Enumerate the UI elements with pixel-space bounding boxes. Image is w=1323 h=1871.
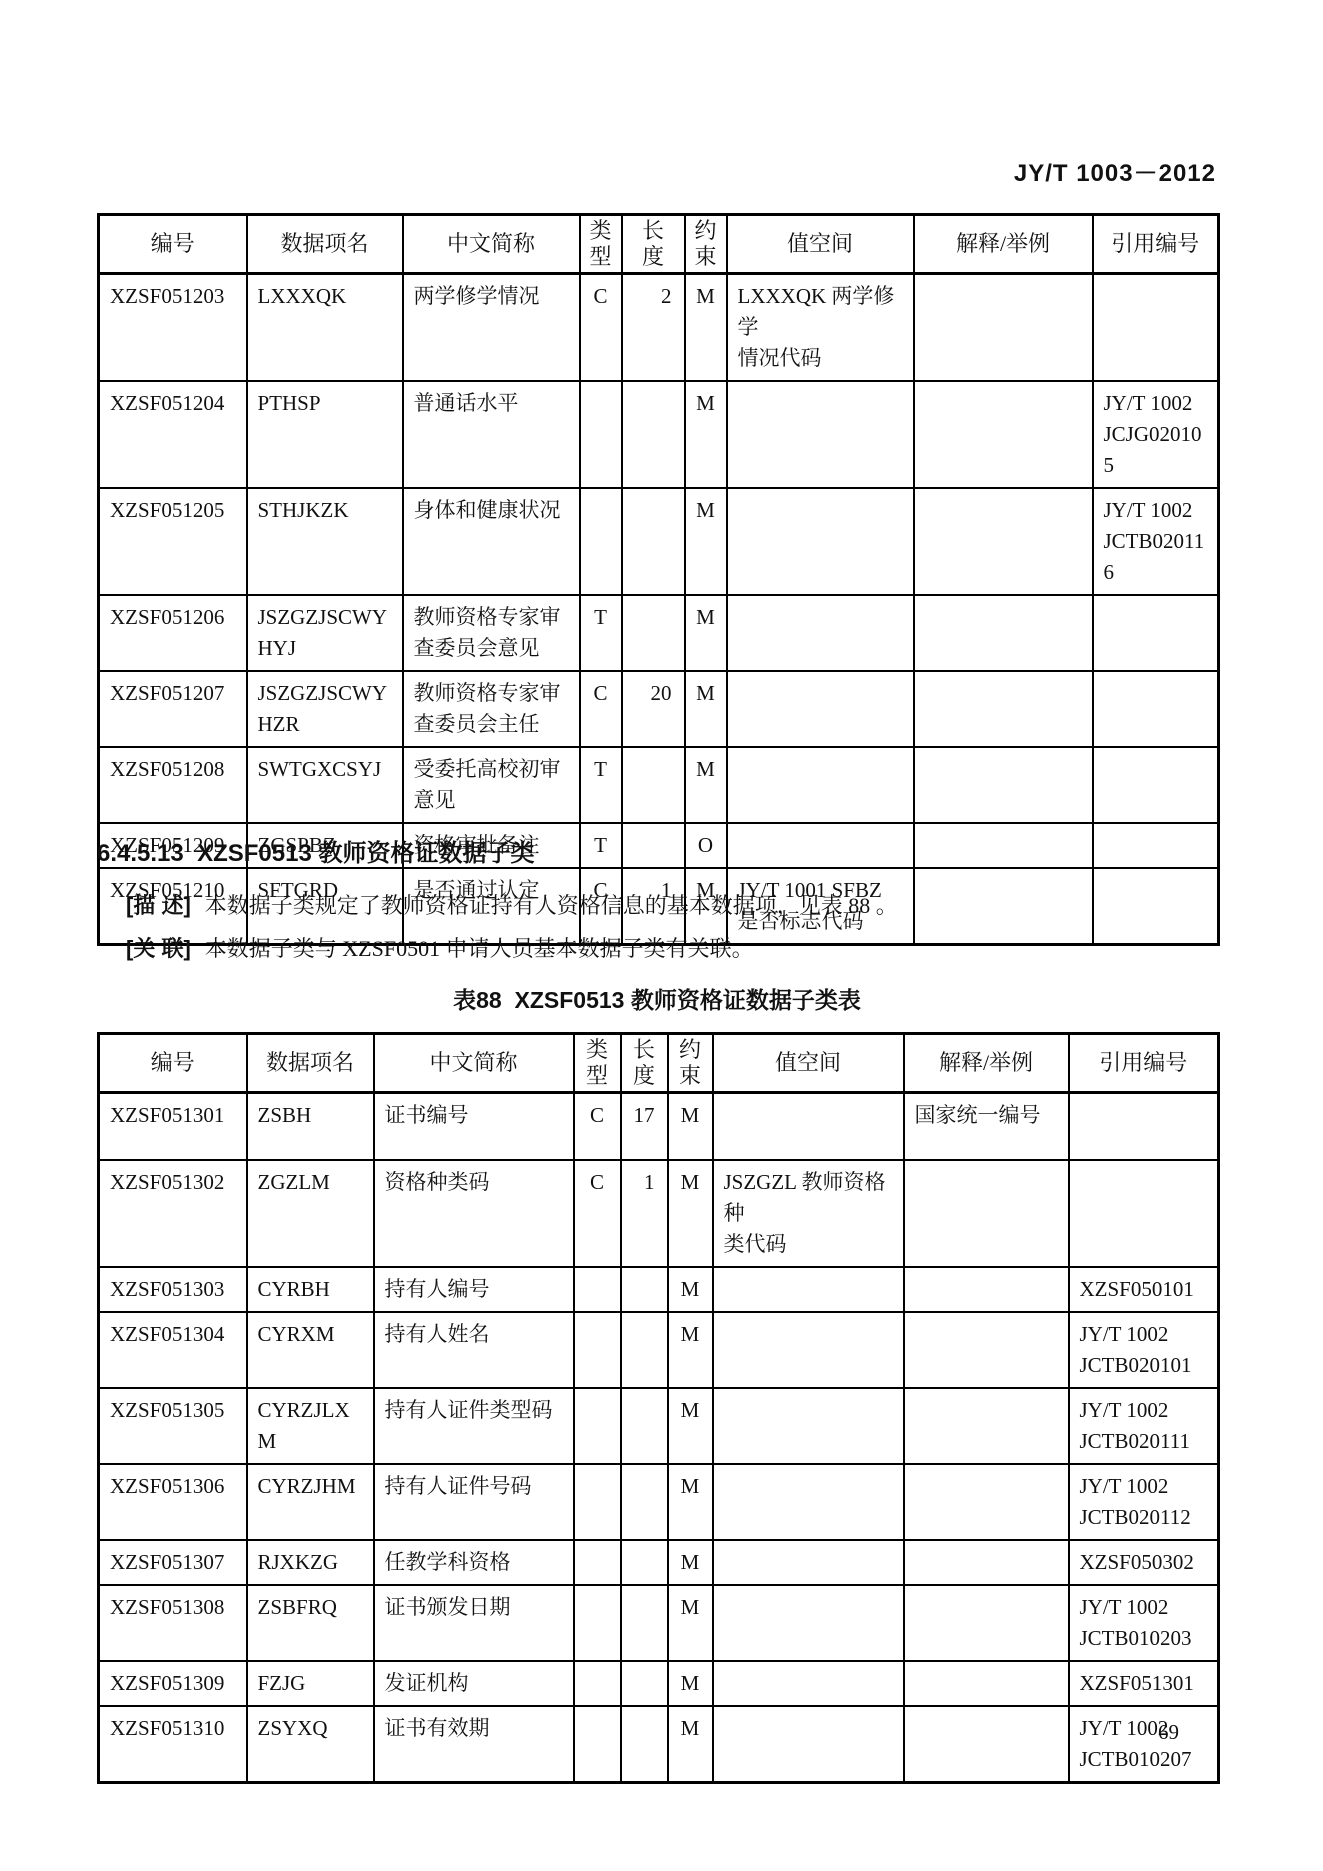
cell-cn: 持有人证件号码 [374,1464,574,1540]
col-header-example: 解释/举例 [904,1034,1069,1093]
cell-constraint: M [685,381,727,488]
col-header-length: 长 度 [621,1034,668,1093]
cell-ref: XZSF050302 [1069,1540,1219,1585]
cell-cn: 持有人证件类型码 [374,1388,574,1464]
cell-name: LXXXQK [247,274,403,382]
relation-text: 本数据子类与 XZSF0501 申请人员基本数据子类有关联。 [205,936,754,961]
cell-cn: 证书有效期 [374,1706,574,1783]
cell-len: 17 [621,1093,668,1160]
cell-ref [1069,1160,1219,1267]
col-header-constraint: 约 束 [685,215,727,274]
cell-len [621,1585,668,1661]
cell-value_space [713,1540,904,1585]
col-header-example: 解释/举例 [914,215,1093,274]
cell-id: XZSF051206 [99,595,247,671]
cell-id: XZSF051205 [99,488,247,595]
doc-code-header: JY/T 1003－2012 [97,153,1216,188]
cell-type [580,488,622,595]
cell-name: RJXKZG [247,1540,374,1585]
page-number: 69 [1158,1720,1179,1745]
col-header-value-space: 值空间 [727,215,914,274]
cell-value_space [727,488,914,595]
cell-ref: JY/T 1002 JCTB020101 [1069,1312,1219,1388]
cell-constraint: M [668,1706,713,1783]
col-header-type: 类 型 [574,1034,621,1093]
cell-name: JSZGZJSCWYHYJ [247,595,403,671]
cell-len [621,1661,668,1706]
cell-constraint: M [685,747,727,823]
cell-example: 国家统一编号 [904,1093,1069,1160]
cell-len: 1 [621,1160,668,1267]
table-header-row: 编号 数据项名 中文简称 类 型 长 度 约 束 值空间 解释/举例 引用编号 [99,1034,1219,1093]
table-row: XZSF051204PTHSP普通话水平MJY/T 1002 JCJG02010… [99,381,1219,488]
cell-constraint: M [668,1312,713,1388]
cell-cn: 证书颁发日期 [374,1585,574,1661]
cell-constraint: M [685,671,727,747]
cell-example [914,671,1093,747]
table-row: XZSF051305CYRZJLXM持有人证件类型码MJY/T 1002 JCT… [99,1388,1219,1464]
cell-len [621,1267,668,1312]
cell-example [914,595,1093,671]
cell-type: T [580,595,622,671]
cell-len [621,1464,668,1540]
cell-len: 20 [622,671,685,747]
cell-cn: 两学修学情况 [403,274,580,382]
cell-value_space [713,1312,904,1388]
cell-name: PTHSP [247,381,403,488]
cell-name: ZSBFRQ [247,1585,374,1661]
cell-type: T [580,823,622,868]
cell-ref: JY/T 1002 JCJG020105 [1093,381,1219,488]
table-88-caption: 表88 XZSF0513 教师资格证数据子类表 [97,982,1217,1015]
cell-name: FZJG [247,1661,374,1706]
cell-len [622,381,685,488]
cell-name: ZGZLM [247,1160,374,1267]
cell-id: XZSF051208 [99,747,247,823]
cell-name: CYRBH [247,1267,374,1312]
cell-cn: 身体和健康状况 [403,488,580,595]
cell-value_space [727,747,914,823]
cell-value_space [713,1464,904,1540]
cell-value_space [727,671,914,747]
cell-constraint: M [668,1160,713,1267]
cell-cn: 受委托高校初审 意见 [403,747,580,823]
cell-value_space [727,823,914,868]
cell-cn: 教师资格专家审 查委员会意见 [403,595,580,671]
cell-cn: 任教学科资格 [374,1540,574,1585]
col-header-length: 长 度 [622,215,685,274]
cell-ref: JY/T 1002 JCTB020116 [1093,488,1219,595]
cell-id: XZSF051308 [99,1585,247,1661]
cell-id: XZSF051304 [99,1312,247,1388]
cell-len [622,823,685,868]
cell-name: CYRXM [247,1312,374,1388]
table-row: XZSF051310ZSYXQ证书有效期MJY/T 1002 JCTB01020… [99,1706,1219,1783]
cell-name: CYRZJLXM [247,1388,374,1464]
cell-id: XZSF051301 [99,1093,247,1160]
col-header-id: 编号 [99,215,247,274]
cell-ref: XZSF050101 [1069,1267,1219,1312]
cell-len [621,1540,668,1585]
col-header-id: 编号 [99,1034,247,1093]
table-row: XZSF051307RJXKZG任教学科资格MXZSF050302 [99,1540,1219,1585]
cell-name: ZSYXQ [247,1706,374,1783]
cell-value_space [727,595,914,671]
cell-constraint: M [685,274,727,382]
table-row: XZSF051303CYRBH持有人编号MXZSF050101 [99,1267,1219,1312]
cell-type: C [580,274,622,382]
cell-ref: JY/T 1002 JCTB020112 [1069,1464,1219,1540]
cell-type [580,381,622,488]
cell-example [914,381,1093,488]
cell-name: JSZGZJSCWYHZR [247,671,403,747]
cell-example [904,1540,1069,1585]
cell-example [904,1661,1069,1706]
cell-value_space [713,1093,904,1160]
table-row: XZSF051206JSZGZJSCWYHYJ教师资格专家审 查委员会意见TM [99,595,1219,671]
cell-id: XZSF051207 [99,671,247,747]
cell-ref [1069,1093,1219,1160]
cell-type [574,1540,621,1585]
col-header-cn-abbrev: 中文简称 [374,1034,574,1093]
cell-cn: 持有人姓名 [374,1312,574,1388]
table-row: XZSF051304CYRXM持有人姓名MJY/T 1002 JCTB02010… [99,1312,1219,1388]
cell-name: STHJKZK [247,488,403,595]
cell-len [621,1706,668,1783]
table-row: XZSF051301ZSBH证书编号C17M国家统一编号 [99,1093,1219,1160]
cell-type: T [580,747,622,823]
col-header-item-name: 数据项名 [247,215,403,274]
cell-len [622,488,685,595]
cell-ref [1093,747,1219,823]
cell-ref [1093,868,1219,945]
cell-id: XZSF051306 [99,1464,247,1540]
cell-cn: 教师资格专家审 查委员会主任 [403,671,580,747]
cell-example [904,1706,1069,1783]
cell-value_space [713,1661,904,1706]
table-row: XZSF051203LXXXQK两学修学情况C2MLXXXQK 两学修学 情况代… [99,274,1219,382]
cell-cn: 持有人编号 [374,1267,574,1312]
cell-type [574,1585,621,1661]
cell-type: C [574,1160,621,1267]
col-header-cn-abbrev: 中文简称 [403,215,580,274]
cell-name: SWTGXCSYJ [247,747,403,823]
cell-type: C [580,671,622,747]
cell-constraint: M [668,1388,713,1464]
cell-value_space [727,381,914,488]
cell-cn: 发证机构 [374,1661,574,1706]
cell-value_space: JSZGZL 教师资格种 类代码 [713,1160,904,1267]
document-page: JY/T 1003－2012 编号 数据项名 中文简称 类 型 长 度 约 束 … [0,0,1323,1871]
cell-ref [1093,671,1219,747]
cell-id: XZSF051310 [99,1706,247,1783]
cell-id: XZSF051309 [99,1661,247,1706]
cell-example [914,868,1093,945]
cell-constraint: M [668,1464,713,1540]
cell-value_space [713,1267,904,1312]
cell-ref [1093,595,1219,671]
cell-ref: XZSF051301 [1069,1661,1219,1706]
col-header-item-name: 数据项名 [247,1034,374,1093]
cell-value_space [713,1706,904,1783]
cell-len [621,1312,668,1388]
data-table-88-xzsf0513: 编号 数据项名 中文简称 类 型 长 度 约 束 值空间 解释/举例 引用编号 … [97,1032,1220,1784]
cell-name: CYRZJHM [247,1464,374,1540]
relation-label: [关 联] [126,936,191,961]
cell-id: XZSF051302 [99,1160,247,1267]
relation-paragraph: [关 联]本数据子类与 XZSF0501 申请人员基本数据子类有关联。 [126,932,754,963]
cell-example [904,1267,1069,1312]
cell-value_space [713,1388,904,1464]
cell-example [914,488,1093,595]
cell-id: XZSF051203 [99,274,247,382]
col-header-value-space: 值空间 [713,1034,904,1093]
cell-constraint: O [685,823,727,868]
cell-constraint: M [668,1540,713,1585]
cell-example [904,1160,1069,1267]
table-row: XZSF051205STHJKZK身体和健康状况MJY/T 1002 JCTB0… [99,488,1219,595]
cell-ref [1093,274,1219,382]
cell-example [914,747,1093,823]
cell-cn: 普通话水平 [403,381,580,488]
cell-example [914,823,1093,868]
cell-ref: JY/T 1002 JCTB010207 [1069,1706,1219,1783]
description-text: 本数据子类规定了教师资格证持有人资格信息的基本数据项，见表 88 。 [205,893,898,918]
cell-ref [1093,823,1219,868]
description-label: [描 述] [126,893,191,918]
cell-example [904,1388,1069,1464]
cell-example [904,1464,1069,1540]
cell-cn: 资格种类码 [374,1160,574,1267]
cell-example [914,274,1093,382]
cell-example [904,1312,1069,1388]
cell-len [622,747,685,823]
cell-constraint: M [668,1661,713,1706]
cell-ref: JY/T 1002 JCTB020111 [1069,1388,1219,1464]
description-paragraph: [描 述]本数据子类规定了教师资格证持有人资格信息的基本数据项，见表 88 。 [126,889,898,920]
cell-type [574,1706,621,1783]
col-header-type: 类 型 [580,215,622,274]
cell-type [574,1388,621,1464]
cell-cn: 证书编号 [374,1093,574,1160]
cell-len: 2 [622,274,685,382]
cell-type: C [574,1093,621,1160]
cell-id: XZSF051305 [99,1388,247,1464]
cell-type [574,1464,621,1540]
table-row: XZSF051308ZSBFRQ证书颁发日期MJY/T 1002 JCTB010… [99,1585,1219,1661]
cell-constraint: M [668,1093,713,1160]
cell-example [904,1585,1069,1661]
cell-type [574,1267,621,1312]
cell-type [574,1661,621,1706]
table-body: XZSF051301ZSBH证书编号C17M国家统一编号XZSF051302ZG… [99,1093,1219,1783]
col-header-reference: 引用编号 [1069,1034,1219,1093]
table-row: XZSF051207JSZGZJSCWYHZR教师资格专家审 查委员会主任C20… [99,671,1219,747]
table-header-row: 编号 数据项名 中文简称 类 型 长 度 约 束 值空间 解释/举例 引用编号 [99,215,1219,274]
cell-id: XZSF051204 [99,381,247,488]
cell-ref: JY/T 1002 JCTB010203 [1069,1585,1219,1661]
col-header-constraint: 约 束 [668,1034,713,1093]
col-header-reference: 引用编号 [1093,215,1219,274]
cell-len [622,595,685,671]
table-row: XZSF051309FZJG发证机构MXZSF051301 [99,1661,1219,1706]
cell-id: XZSF051303 [99,1267,247,1312]
cell-len [621,1388,668,1464]
table-row: XZSF051302ZGZLM资格种类码C1MJSZGZL 教师资格种 类代码 [99,1160,1219,1267]
cell-constraint: M [668,1267,713,1312]
cell-constraint: M [685,595,727,671]
cell-value_space [713,1585,904,1661]
cell-constraint: M [668,1585,713,1661]
section-heading: 6.4.5.13 XZSF0513 教师资格证数据子类 [97,833,534,868]
cell-id: XZSF051307 [99,1540,247,1585]
table-row: XZSF051306CYRZJHM持有人证件号码MJY/T 1002 JCTB0… [99,1464,1219,1540]
cell-constraint: M [685,488,727,595]
cell-type [574,1312,621,1388]
cell-name: ZSBH [247,1093,374,1160]
table-row: XZSF051208SWTGXCSYJ受委托高校初审 意见TM [99,747,1219,823]
cell-value_space: LXXXQK 两学修学 情况代码 [727,274,914,382]
